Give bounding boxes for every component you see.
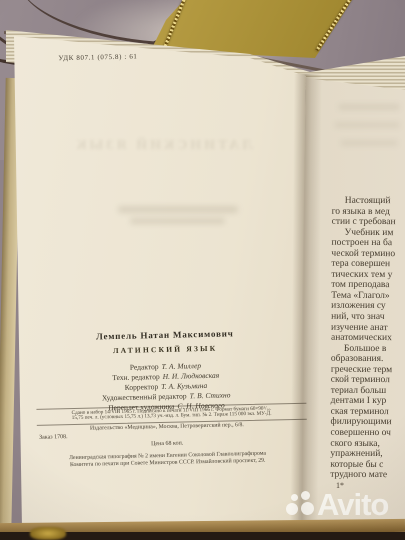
- right-page-line: ского языка,: [330, 438, 405, 449]
- book-title: ЛАТИНСКИЙ ЯЗЫК: [29, 342, 301, 357]
- right-page-line: териал больш: [331, 386, 405, 397]
- right-page-line: Тема «Глагол»: [331, 291, 405, 302]
- editor-role: Техн. редактор: [112, 372, 160, 382]
- author-name: Лемпель Натан Максимович: [29, 327, 301, 343]
- editor-name: Т. А. Миллер: [161, 361, 201, 371]
- avito-logo-dot-icon: [286, 503, 298, 515]
- right-page-text: Настоящий го языка в мед стии с требован…: [330, 196, 405, 481]
- right-page-line: упражнений,: [330, 449, 405, 460]
- right-page-line: анатомических: [331, 333, 405, 344]
- right-page-line: изложения су: [331, 301, 405, 312]
- right-page-line: ний, что знач: [331, 312, 405, 323]
- right-page-line: совершенно оч: [330, 428, 405, 439]
- book-photo: ЛАТИНСКИЙ ЯЗЫК УДК 807.1 (075.8) : 61 Ле…: [0, 0, 405, 540]
- right-page-line: стии с требован: [332, 217, 405, 228]
- price: Цена 68 коп.: [31, 438, 303, 450]
- right-page-line: Большое в: [331, 343, 405, 354]
- avito-logo-dot-icon: [301, 502, 314, 515]
- right-page-line: трудного мате: [330, 470, 405, 481]
- editor-name: Н. И. Людковская: [163, 371, 220, 381]
- right-page-line: том преподава: [331, 280, 405, 291]
- right-page-line: Учебник им: [332, 227, 405, 238]
- right-page-line: дентами I кур: [331, 396, 405, 407]
- avito-logo-dot-icon: [291, 494, 298, 501]
- right-page-line: Настоящий: [332, 196, 405, 207]
- right-page-line: ской терминол: [331, 375, 405, 386]
- editor-role: Редактор: [130, 362, 159, 372]
- right-page-line: тических тем у: [331, 270, 405, 281]
- editor-name: Т. В. Стихно: [190, 390, 231, 400]
- right-page-line: филирующими: [331, 417, 405, 428]
- right-page-line: построен на ба: [331, 238, 405, 249]
- avito-logo-dot-icon: [301, 491, 310, 500]
- right-page-line: изучение анат: [331, 322, 405, 333]
- avito-wordmark: Avito: [317, 487, 388, 523]
- order-number: Заказ 1708.: [39, 434, 68, 441]
- editor-name: Т. А. Кузьмина: [161, 381, 207, 391]
- right-page-line: образования.: [331, 354, 405, 365]
- right-page-line: которые бы с: [330, 459, 405, 470]
- right-page-line: го языка в мед: [332, 206, 405, 217]
- editor-role: Корректор: [125, 382, 159, 392]
- right-page-line: тера совершен: [331, 259, 405, 270]
- right-page-line: ческой термино: [331, 249, 405, 260]
- udk-number: УДК 807.1 (075.8) : 61: [58, 52, 137, 62]
